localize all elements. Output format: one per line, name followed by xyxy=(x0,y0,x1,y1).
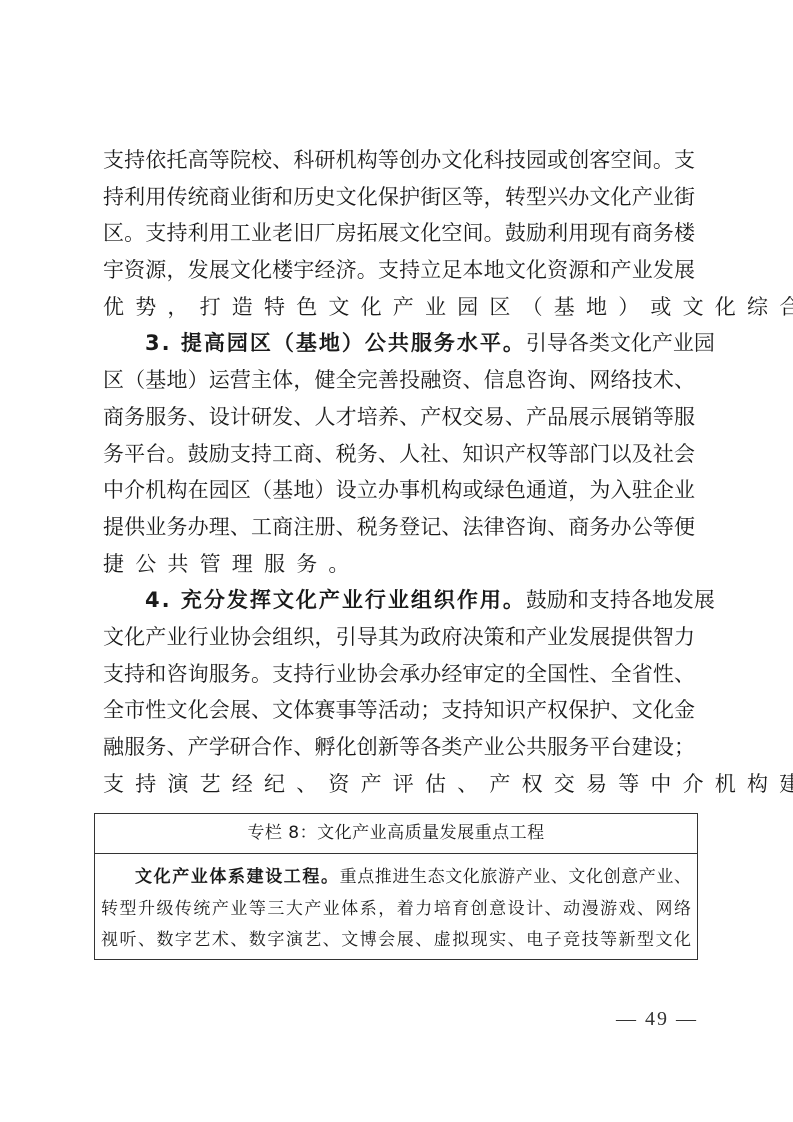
text-span: 鼓励和支持各地发展 xyxy=(526,588,715,612)
feature-box-heading: 文化产业体系建设工程。 xyxy=(135,867,340,887)
feature-box-line: 视听、数字艺术、数字演艺、文博会展、虚拟现实、电子竞技等新型文化 xyxy=(101,925,691,957)
feature-box: 专栏 8：文化产业高质量发展重点工程 文化产业体系建设工程。重点推进生态文化旅游… xyxy=(94,813,698,960)
document-page: 支持依托高等院校、科研机构等创办文化科技园或创客空间。支 持利用传统商业街和历史… xyxy=(0,0,793,1122)
text-line: 持利用传统商业街和历史文化保护街区等，转型兴办文化产业街 xyxy=(103,179,695,216)
paragraph-heading-line: 3. 提高园区（基地）公共服务水平。引导各类文化产业园 xyxy=(103,325,695,362)
text-line: 支持依托高等院校、科研机构等创办文化科技园或创客空间。支 xyxy=(103,142,695,179)
text-line: 宇资源，发展文化楼宇经济。支持立足本地文化资源和产业发展 xyxy=(103,252,695,289)
text-line: 中介机构在园区（基地）设立办事机构或绿色通道，为入驻企业 xyxy=(103,472,695,509)
text-line: 融服务、产学研合作、孵化创新等各类产业公共服务平台建设； xyxy=(103,729,695,766)
text-line: 支持演艺经纪、资产评估、产权交易等中介机构建设。 xyxy=(103,766,695,803)
section-heading-4: 4. 充分发挥文化产业行业组织作用。 xyxy=(145,588,526,612)
text-line: 支持和咨询服务。支持行业协会承办经审定的全国性、全省性、 xyxy=(103,656,695,693)
text-line: 务平台。鼓励支持工商、税务、人社、知识产权等部门以及社会 xyxy=(103,436,695,473)
text-line: 商务服务、设计研发、人才培养、产权交易、产品展示展销等服 xyxy=(103,399,695,436)
text-span: 引导各类文化产业园 xyxy=(526,331,715,355)
section-heading-3: 3. 提高园区（基地）公共服务水平。 xyxy=(145,331,526,355)
text-line: 文化产业行业协会组织，引导其为政府决策和产业发展提供智力 xyxy=(103,619,695,656)
text-span: 重点推进生态文化旅游产业、文化创意产业、 xyxy=(340,867,691,887)
text-line: 优势，打造特色文化产业园区（基地）或文化综合体。 xyxy=(103,289,695,326)
text-line: 捷公共管理服务。 xyxy=(103,546,695,583)
text-line: 区。支持利用工业老旧厂房拓展文化空间。鼓励利用现有商务楼 xyxy=(103,215,695,252)
page-number: — 49 — xyxy=(616,1008,698,1031)
feature-box-line: 转型升级传统产业等三大产业体系，着力培育创意设计、动漫游戏、网络 xyxy=(101,894,691,926)
feature-box-body: 文化产业体系建设工程。重点推进生态文化旅游产业、文化创意产业、 转型升级传统产业… xyxy=(95,854,697,957)
feature-box-heading-line: 文化产业体系建设工程。重点推进生态文化旅游产业、文化创意产业、 xyxy=(101,862,691,894)
text-line: 区（基地）运营主体，健全完善投融资、信息咨询、网络技术、 xyxy=(103,362,695,399)
text-line: 提供业务办理、工商注册、税务登记、法律咨询、商务办公等便 xyxy=(103,509,695,546)
body-text: 支持依托高等院校、科研机构等创办文化科技园或创客空间。支 持利用传统商业街和历史… xyxy=(103,142,695,802)
paragraph-heading-line: 4. 充分发挥文化产业行业组织作用。鼓励和支持各地发展 xyxy=(103,582,695,619)
feature-box-title: 专栏 8：文化产业高质量发展重点工程 xyxy=(95,814,697,854)
text-line: 全市性文化会展、文体赛事等活动；支持知识产权保护、文化金 xyxy=(103,692,695,729)
